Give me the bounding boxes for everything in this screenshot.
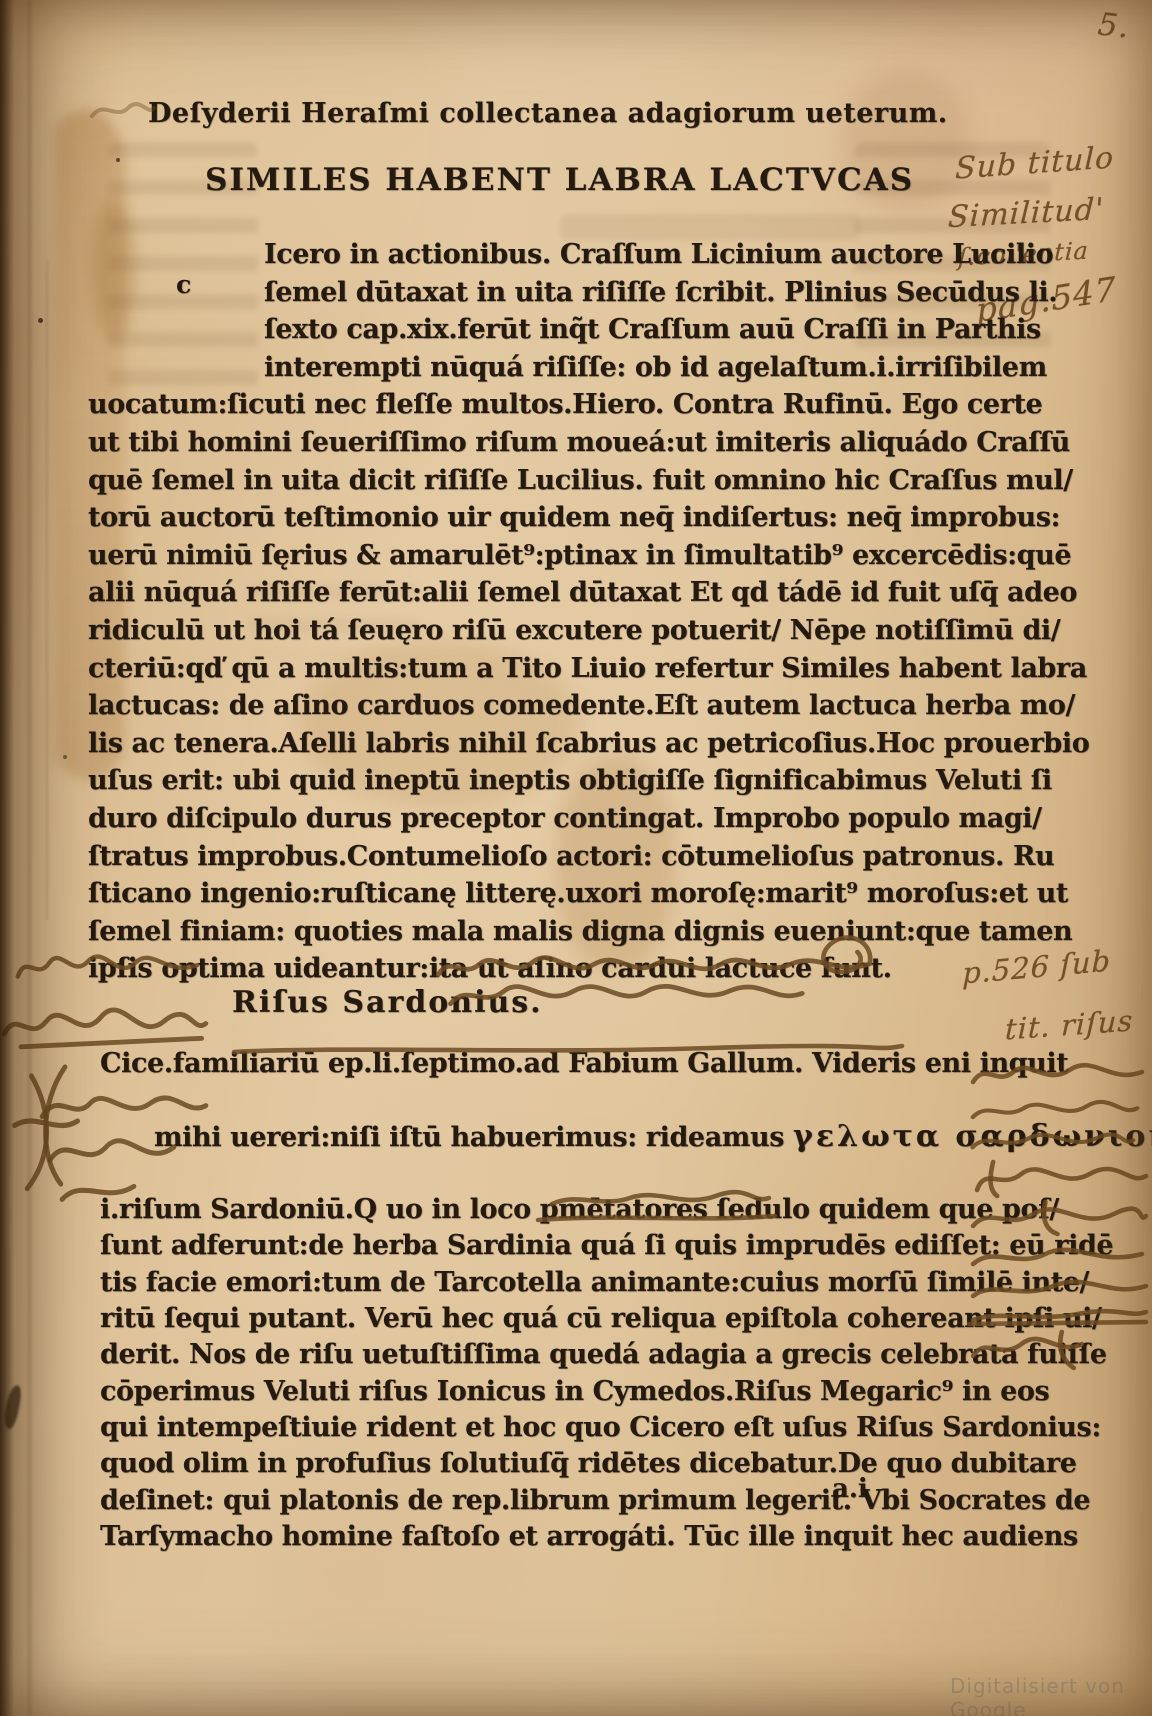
printed-text-line: deſinet: qui platonis de rep.librum prim… [100, 1483, 1040, 1519]
adage-risus-text-block: Cice.familiariū ep.li.ſeptimo.ad Fabium … [100, 1046, 1040, 1555]
printed-text-line: interempti nūquá riſiſſe: ob id agelaſtu… [264, 349, 1033, 387]
printed-text-latin: mihi uereri:niſi iſtū habuerimus: rideam… [154, 1122, 793, 1153]
printed-text-line: ridiculū ut hoi tá ſeuęro riſū excutere … [88, 612, 1033, 650]
printed-text-line: quod olim in profuſius ſolutiuſq̄ ridēte… [100, 1446, 1040, 1482]
handwritten-scribble-right-2 [965, 1094, 1145, 1126]
printed-text-line: torū auctorū teſtimonio uir quidem neq̄ … [88, 499, 1033, 537]
speck-dot-3 [63, 755, 67, 759]
adage-similes-text-block: Icero in actionibus. Craſſum Licinium au… [88, 236, 1033, 988]
printed-text-line: ritū ſequi putant. Verū hec quá cū reliq… [100, 1301, 1040, 1337]
printed-text-line: Icero in actionibus. Craſſum Licinium au… [264, 236, 1033, 274]
printed-text-line: ut tibi homini ſeueriſſimo riſum moueá:u… [88, 424, 1033, 462]
handwritten-scribble-right-6 [965, 1240, 1150, 1276]
printed-text-line: ſemel finiam: quoties mala malis digna d… [88, 913, 1033, 951]
handwritten-scribble-topleft [88, 92, 158, 128]
printed-text-line: ſexto cap.xix.ferūt inq̃t Craſſum auū Cr… [264, 311, 1033, 349]
handwritten-scribble-left-2 [0, 996, 210, 1051]
handwritten-scribble-right-7 [965, 1274, 1150, 1306]
handwritten-strike-edisset [548, 1186, 773, 1214]
printed-text-line: cōperimus Veluti riſus Ionicus in Cymedo… [100, 1374, 1040, 1410]
speck-dot-2 [116, 158, 120, 162]
handwritten-scribble-right-1 [965, 1058, 1150, 1094]
printed-text-line: ſemel dūtaxat in uita riſiſſe ſcribit. P… [264, 274, 1033, 312]
handwritten-underline-edisset [534, 1212, 779, 1224]
printed-text-line: tis facie emori:tum de Tarcotella animan… [100, 1265, 1040, 1301]
printed-text-line: uſus erit: ubi quid ineptū ineptis obtig… [88, 762, 1033, 800]
handwritten-scribble-right-9 [965, 1328, 1090, 1372]
printed-text-line: cteriū:qď qū a multis:tum a Tito Liuio r… [88, 650, 1033, 688]
printed-text-line: lactucas: de aſino carduos comedente.Eſt… [88, 687, 1033, 725]
marginalia-tit-risus: tit. riſus [1005, 1003, 1134, 1046]
printed-text-line: lis ac tenera.Aſelli labris nihil ſcabri… [88, 725, 1033, 763]
printed-text-line: uerū nimiū ſęrius & amarulēt⁹:ptinax in … [88, 537, 1033, 575]
scanned-book-page: 5. Deſyderii Heraſmi collectanea adagior… [0, 0, 1152, 1716]
speck-dot-1 [38, 318, 43, 323]
handwritten-scribble-flourish-curl [800, 928, 882, 980]
marginalia-similitud: Similitud' [947, 192, 1105, 235]
signature-mark: a.i [832, 1474, 868, 1504]
printed-text-line: ſtratus improbus.Contumelioſo actori: cō… [88, 838, 1033, 876]
handwritten-scribble-right-3 [965, 1126, 1137, 1158]
printed-text-line: duro diſcipulo durus preceptor contingat… [88, 800, 1033, 838]
handwritten-scribble-left-4 [34, 1086, 214, 1206]
digitization-watermark: Digitalisiert von Google [950, 1674, 1152, 1716]
adage-title-similes: SIMILES HABENT LABRA LACTVCAS [205, 162, 865, 198]
printed-text-line: qui intempeſtiuie rident et hoc quo Cice… [100, 1410, 1040, 1446]
marginalia-sub-titulo: Sub titulo [955, 140, 1115, 186]
printed-text-line-with-greek: mihi uereri:niſi iſtū habuerimus: rideam… [100, 1082, 1040, 1192]
handwritten-page-number: 5. [1096, 6, 1131, 45]
printed-text-line: Tarſymacho homine faſtoſo et arrogáti. T… [100, 1519, 1040, 1555]
printed-text-line: derit. Nos de riſu uetuſtiſſima quedá ad… [100, 1337, 1040, 1373]
printed-text-line: quē ſemel in uita dicit riſiſſe Lucilius… [88, 462, 1033, 500]
fold-crease-inner [46, 260, 48, 920]
handwritten-scribble-right-8 [965, 1304, 1150, 1326]
gutter-shadow [0, 0, 14, 1716]
handwritten-underline-risus [230, 1040, 910, 1058]
printed-text-line: alii nūquá riſiſſe ferūt:alii ſemel dūta… [88, 574, 1033, 612]
printed-text-line: ſticano ingenio:ruſticanę litterę.uxori … [88, 875, 1033, 913]
handwritten-scribble-left-1 [10, 946, 205, 988]
printed-text-line: ſunt adferunt:de herba Sardinia quá ſi q… [100, 1228, 1040, 1264]
handwritten-scribble-right-5 [965, 1198, 1150, 1238]
fold-crease-left [28, 0, 31, 1716]
handwritten-scribble-right-4 [965, 1158, 1150, 1198]
running-book-title: Deſyderii Heraſmi collectanea adagiorum … [148, 98, 878, 129]
printed-text-line: uocatum:ſicuti nec fleſſe multos.Hiero. … [88, 386, 1033, 424]
